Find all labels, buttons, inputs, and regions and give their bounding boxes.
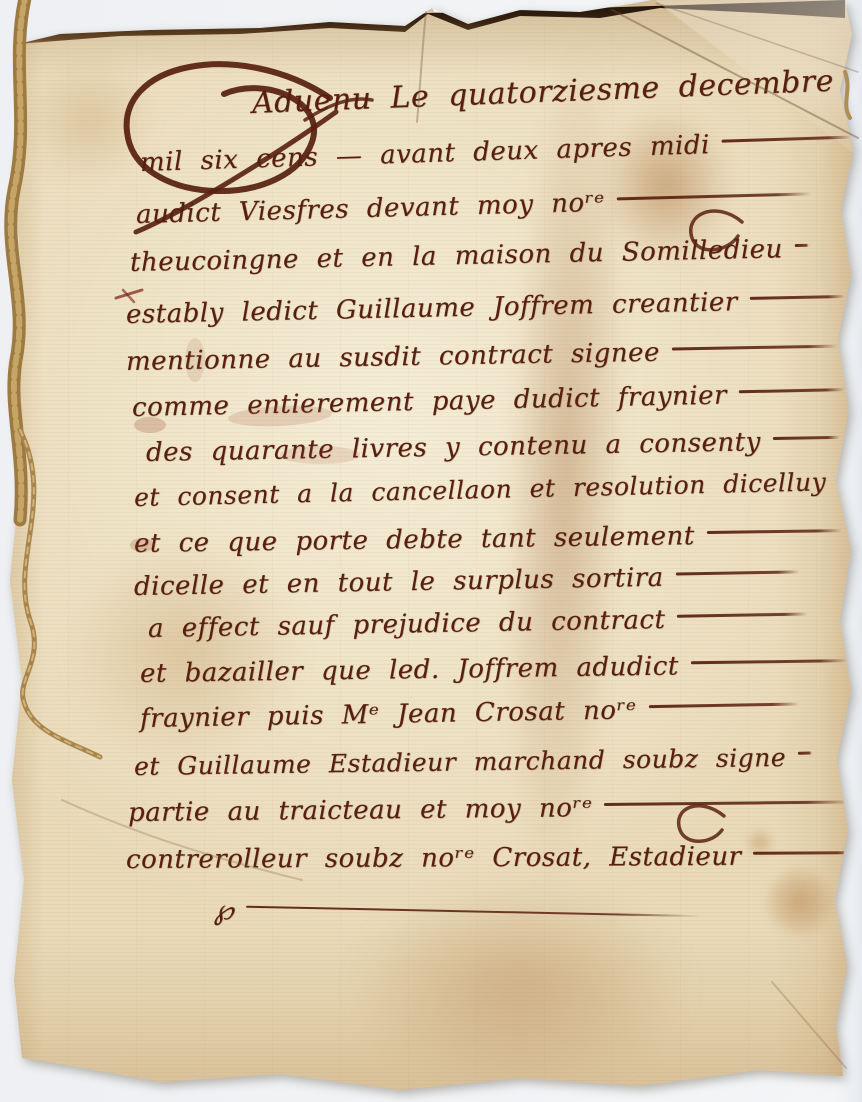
line-filler-stroke (722, 135, 852, 142)
line-filler-stroke (672, 344, 838, 350)
line-filler-stroke (846, 75, 860, 79)
scanned-document: Aduenu Le quatorziesme decembre mil six … (0, 0, 862, 1102)
right-round-stain (763, 866, 837, 938)
closing-paraph: ℘ (214, 893, 235, 926)
line-filler-stroke (691, 659, 848, 664)
line-text: partie au traicteau et moy noʳᵉ (128, 793, 593, 828)
line-filler-stroke (753, 851, 856, 855)
line-filler-stroke (604, 800, 852, 806)
paper-shadow-wrap: Aduenu Le quatorziesme decembre mil six … (0, 0, 862, 1102)
line-filler-stroke (838, 476, 852, 479)
line-filler-stroke (798, 752, 812, 755)
line-filler-stroke (750, 294, 845, 299)
line-filler-stroke (773, 435, 840, 439)
line-filler-stroke (707, 529, 842, 534)
handwritten-line: contrerolleur soubz noʳᵉ Crosat, Estadie… (126, 841, 856, 875)
line-filler-stroke (675, 570, 799, 575)
closing-rule (246, 905, 700, 917)
line-text: contrerolleur soubz noʳᵉ Crosat, Estadie… (126, 842, 742, 875)
line-filler-stroke (677, 612, 808, 617)
line-filler-stroke (795, 243, 809, 246)
line-filler-stroke (648, 702, 800, 708)
line-filler-stroke (739, 388, 845, 393)
manuscript-page: Aduenu Le quatorziesme decembre mil six … (0, 0, 862, 1102)
line-filler-stroke (617, 192, 812, 200)
top-left-stain (28, 58, 153, 183)
